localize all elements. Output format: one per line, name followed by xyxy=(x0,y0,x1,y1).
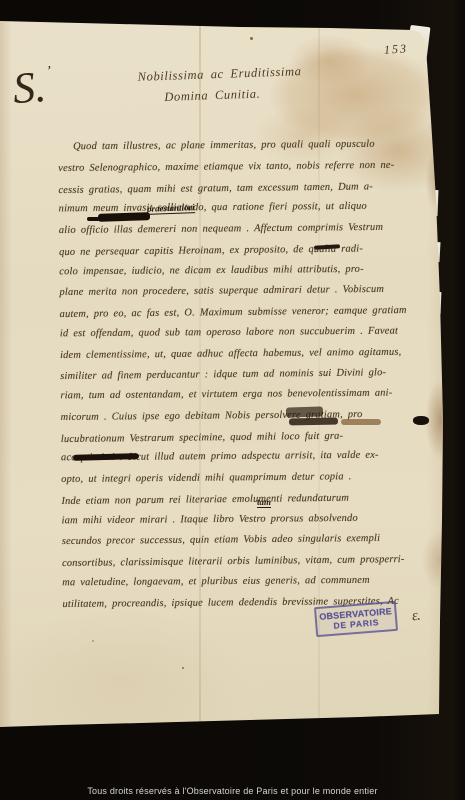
letter-heading: Nobilissima ac Eruditissima Domina Cunit… xyxy=(137,61,302,109)
ink-blot-right-margin xyxy=(413,416,429,425)
manuscript-line: ma valetudine, longaevam, et pluribus ei… xyxy=(62,574,462,598)
interlinear-insertion-2: tam xyxy=(257,497,271,508)
manuscript-line: Quod tam illustres, ac plane immeritas, … xyxy=(58,138,458,162)
folio-number: 153 xyxy=(384,41,409,58)
ink-speck-3 xyxy=(92,640,94,642)
ink-smear-crossed-word-3 xyxy=(341,419,381,425)
manuscript-line: id est offendam, quod sub tam operoso la… xyxy=(60,325,460,349)
ink-smear-crossed-word-2 xyxy=(289,418,338,426)
manuscript-page: S. ’ 153 Nobilissima ac Eruditissima Dom… xyxy=(0,0,465,800)
copyright-footer: Tous droits réservés à l'Observatoire de… xyxy=(0,786,465,796)
manuscript-line: vestro Selenographico, maxime etiamque v… xyxy=(58,159,458,184)
ink-speck-1 xyxy=(250,37,253,40)
salutation-flourish-mark: ’ xyxy=(46,64,51,80)
salutation-initial: S. xyxy=(11,61,47,114)
ink-blot-strikethrough-1-tail xyxy=(87,217,100,221)
manuscript-line: colo impensae, iudicio, ne dicam ex laud… xyxy=(59,263,459,287)
ink-speck-2 xyxy=(182,667,184,669)
interlinear-insertion-1: praestantiori xyxy=(147,202,195,215)
manuscript-line: micorum . Cuius ipse ego debitam Nobis p… xyxy=(61,408,461,433)
observatoire-de-paris-stamp: OBSERVATOIRE DE PARIS xyxy=(314,601,398,637)
manuscript-line: iam mihi videor mirari . Itaque libro Ve… xyxy=(62,512,462,536)
stamp-line-2: DE PARIS xyxy=(333,617,380,631)
scanned-manuscript-view: S. ’ 153 Nobilissima ac Eruditissima Dom… xyxy=(0,0,465,800)
manuscript-line: riam, tum ad ostentandam, et virtutem er… xyxy=(60,387,460,411)
ink-smear-crossed-word-1 xyxy=(286,406,323,417)
manuscript-line: utilitatem, procreandis, ipsique lucem d… xyxy=(62,595,462,620)
manuscript-lines: Quod tam illustres, ac plane immeritas, … xyxy=(58,138,463,619)
